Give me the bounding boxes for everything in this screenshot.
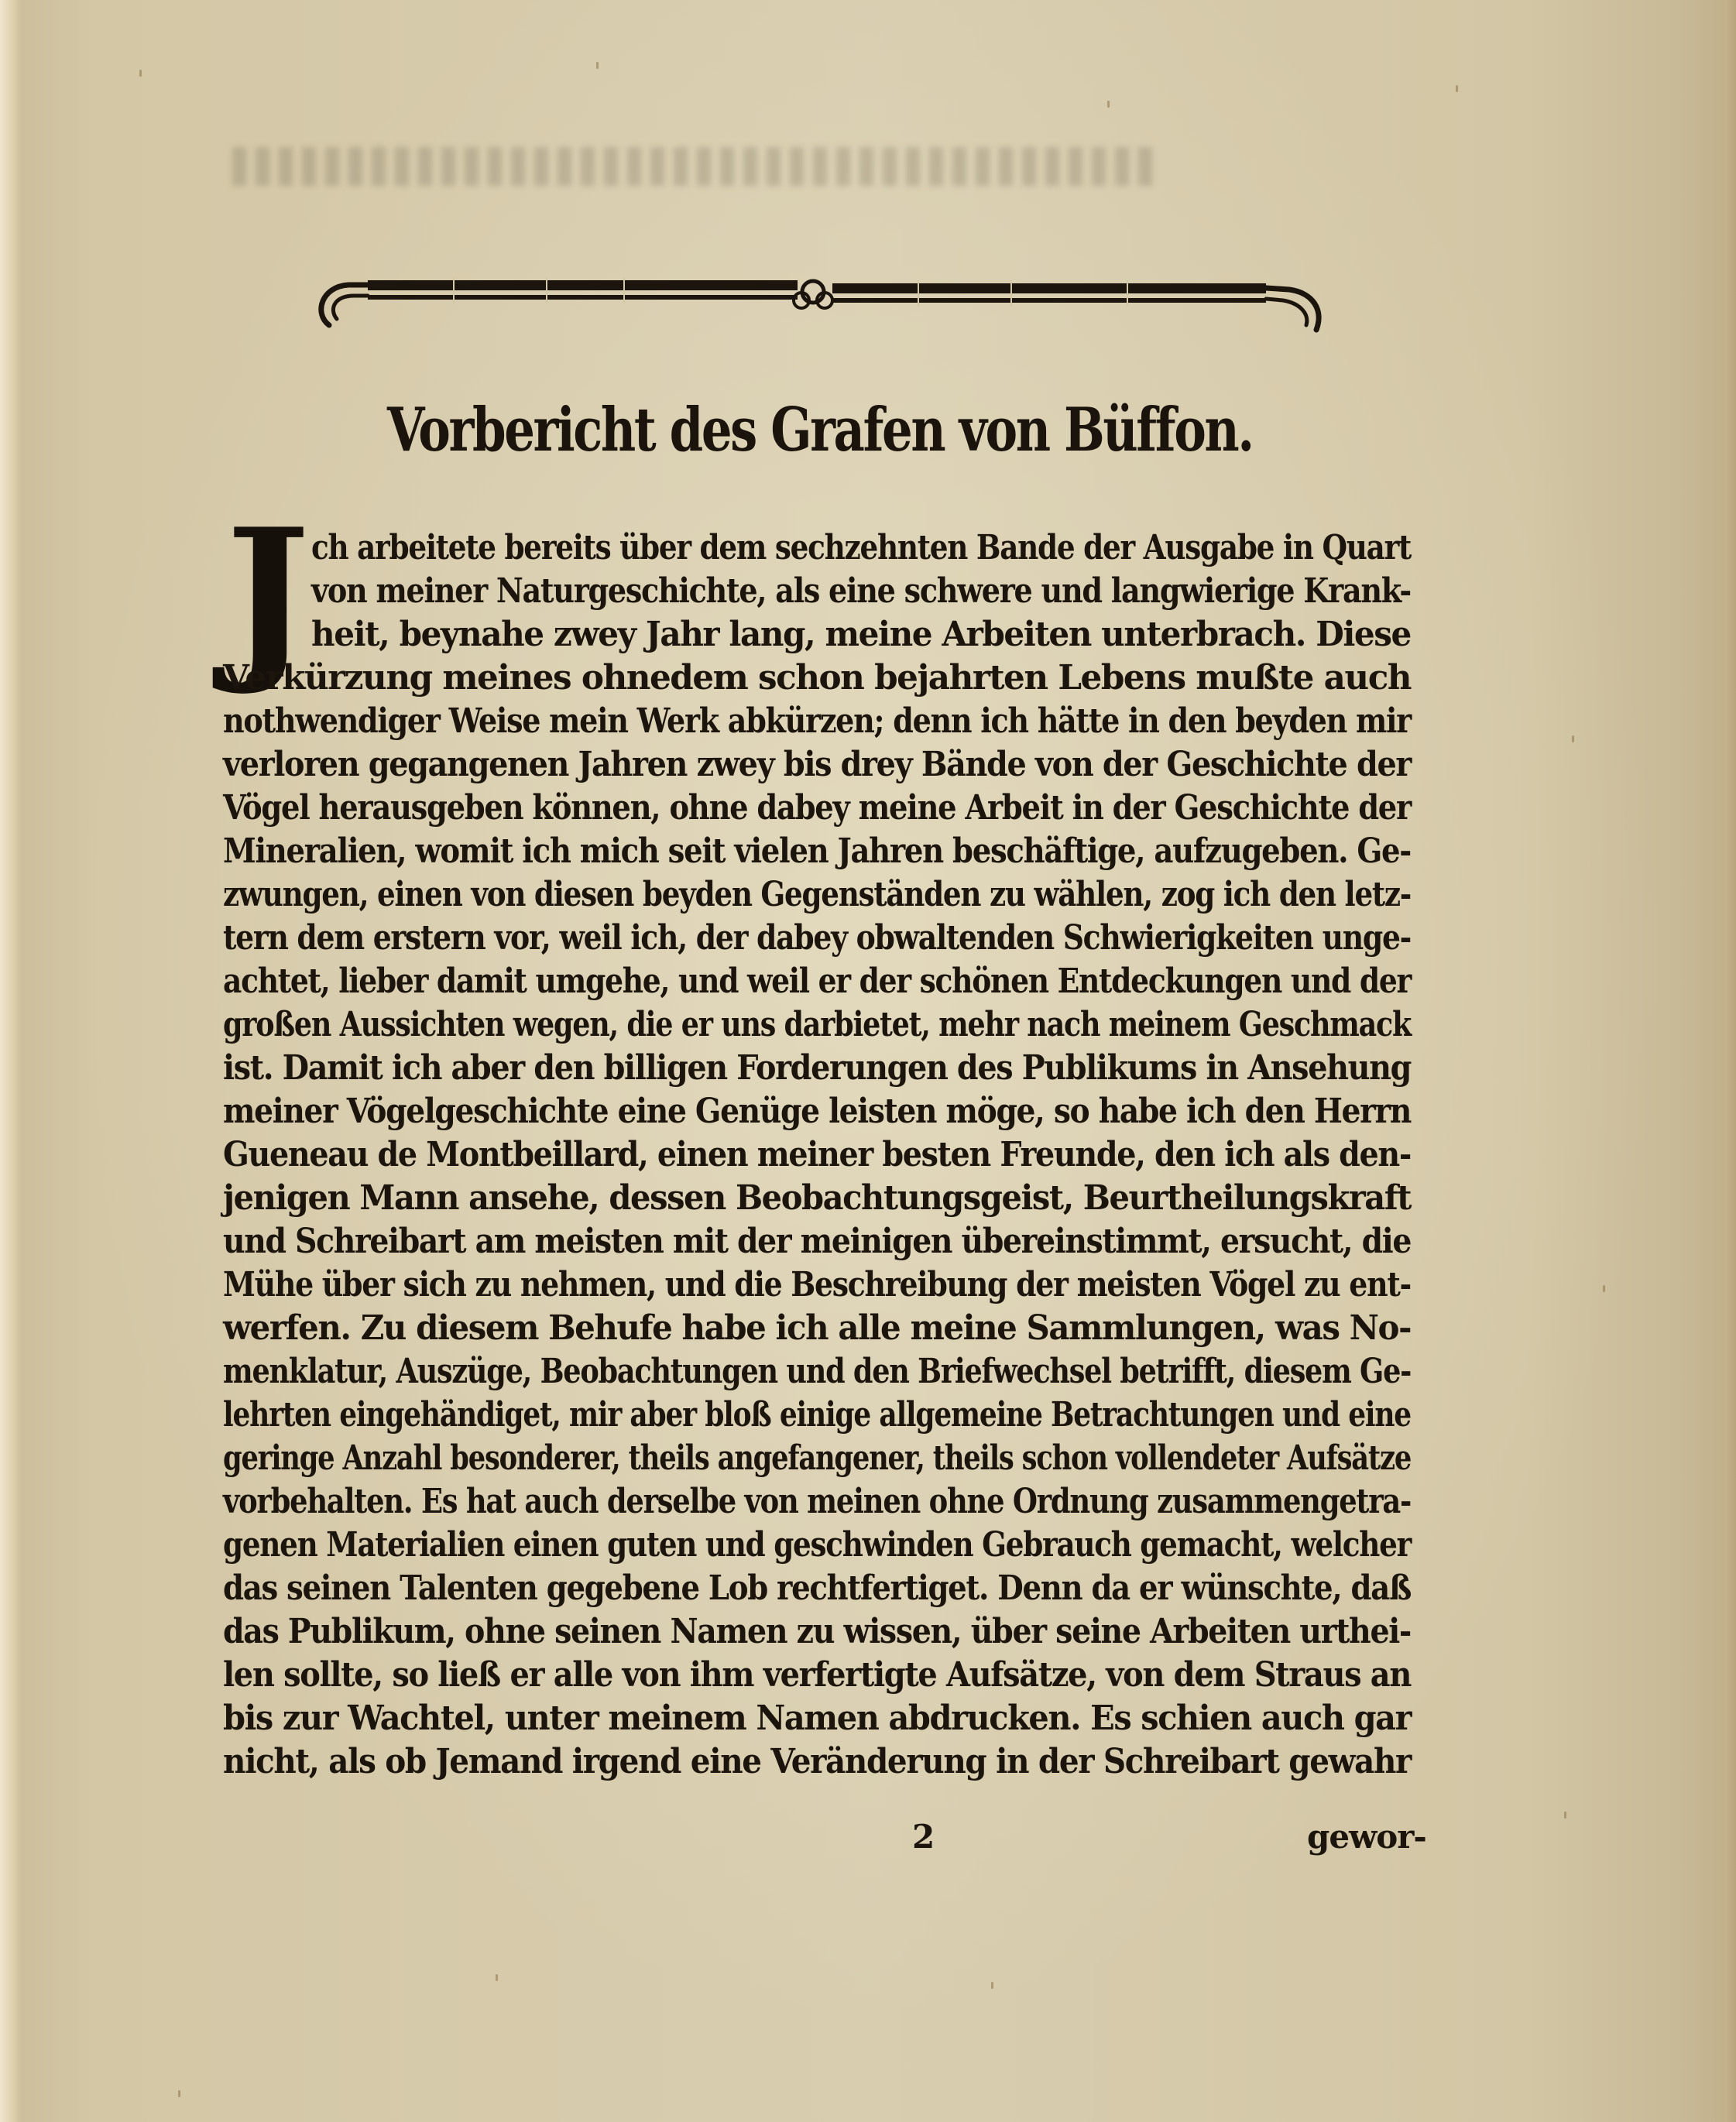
text-line: bis zur Wachtel, unter meinem Namen abdr… [223, 1697, 1411, 1740]
text-line: Verkürzung meines ohnedem schon bejahrte… [223, 656, 1411, 700]
text-line: lehrten eingehändiget, mir aber bloß ein… [223, 1394, 1411, 1437]
text-line: achtet, lieber damit umgehe, und weil er… [223, 960, 1411, 1003]
text-line: Vögel herausgeben können, ohne dabey mei… [223, 787, 1411, 830]
drop-cap: J [221, 517, 314, 672]
text-line: genen Materialien einen guten und geschw… [223, 1524, 1411, 1567]
text-line: werfen. Zu diesem Behufe habe ich alle m… [223, 1307, 1411, 1350]
text-line: von meiner Naturgeschichte, als eine sch… [311, 570, 1411, 613]
text-line: menklatur, Auszüge, Beobachtungen und de… [223, 1350, 1411, 1394]
page-title: Vorbericht des Grafen von Büffon. [387, 395, 1130, 465]
catchword: gewor- [1307, 1818, 1426, 1856]
text-line: großen Aussichten wegen, die er uns darb… [223, 1003, 1411, 1047]
paper-speck [1564, 1812, 1566, 1819]
text-line: Mineralien, womit ich mich seit vielen J… [223, 830, 1411, 873]
paper-speck [496, 1974, 498, 1981]
text-line: len sollte, so ließ er alle von ihm verf… [223, 1654, 1411, 1697]
text-line: jenigen Mann ansehe, dessen Beobachtungs… [223, 1177, 1411, 1220]
paper-speck [139, 70, 142, 77]
paper-speck [1603, 1285, 1605, 1292]
paper-speck [178, 2090, 180, 2097]
book-page: Vorbericht des Grafen von Büffon. J ch a… [0, 0, 1736, 2122]
text-line: Mühe über sich zu nehmen, und die Beschr… [223, 1263, 1411, 1307]
text-line: meiner Vögelgeschichte eine Genüge leist… [223, 1090, 1411, 1133]
text-line: vorbehalten. Es hat auch derselbe von me… [223, 1480, 1411, 1524]
text-line: geringe Anzahl besonderer, theils angefa… [223, 1437, 1411, 1480]
ornament-rule-icon [306, 271, 1328, 333]
text-line: verloren gegangenen Jahren zwey bis drey… [223, 743, 1411, 787]
paper-speck [596, 62, 599, 69]
text-line: und Schreibart am meisten mit der meinig… [223, 1220, 1411, 1263]
paper-speck [1572, 735, 1574, 742]
text-line: heit, beynahe zwey Jahr lang, meine Arbe… [311, 613, 1411, 656]
text-line: das Publikum, ohne seinen Namen zu wisse… [223, 1610, 1411, 1654]
paper-speck [1456, 85, 1458, 92]
text-line: ch arbeitete bereits über dem sechzehnte… [311, 526, 1411, 570]
text-line: nothwendiger Weise mein Werk abkürzen; d… [223, 700, 1411, 743]
text-line: zwungen, einen von diesen beyden Gegenst… [223, 873, 1411, 917]
text-line: ist. Damit ich aber den billigen Forderu… [223, 1047, 1411, 1090]
paper-speck [1107, 101, 1110, 108]
page-right-edge [1725, 0, 1736, 2122]
text-line: das seinen Talenten gegebene Lob rechtfe… [223, 1567, 1411, 1610]
page-left-edge [0, 0, 17, 2122]
bleed-through-text [232, 147, 1161, 186]
text-line: tern dem erstern vor, weil ich, der dabe… [223, 917, 1411, 960]
signature-mark: 2 [912, 1818, 935, 1856]
text-line: Gueneau de Montbeillard, einen meiner be… [223, 1133, 1411, 1177]
paper-speck [991, 1982, 993, 1989]
text-line: nicht, als ob Jemand irgend eine Verände… [223, 1740, 1411, 1784]
